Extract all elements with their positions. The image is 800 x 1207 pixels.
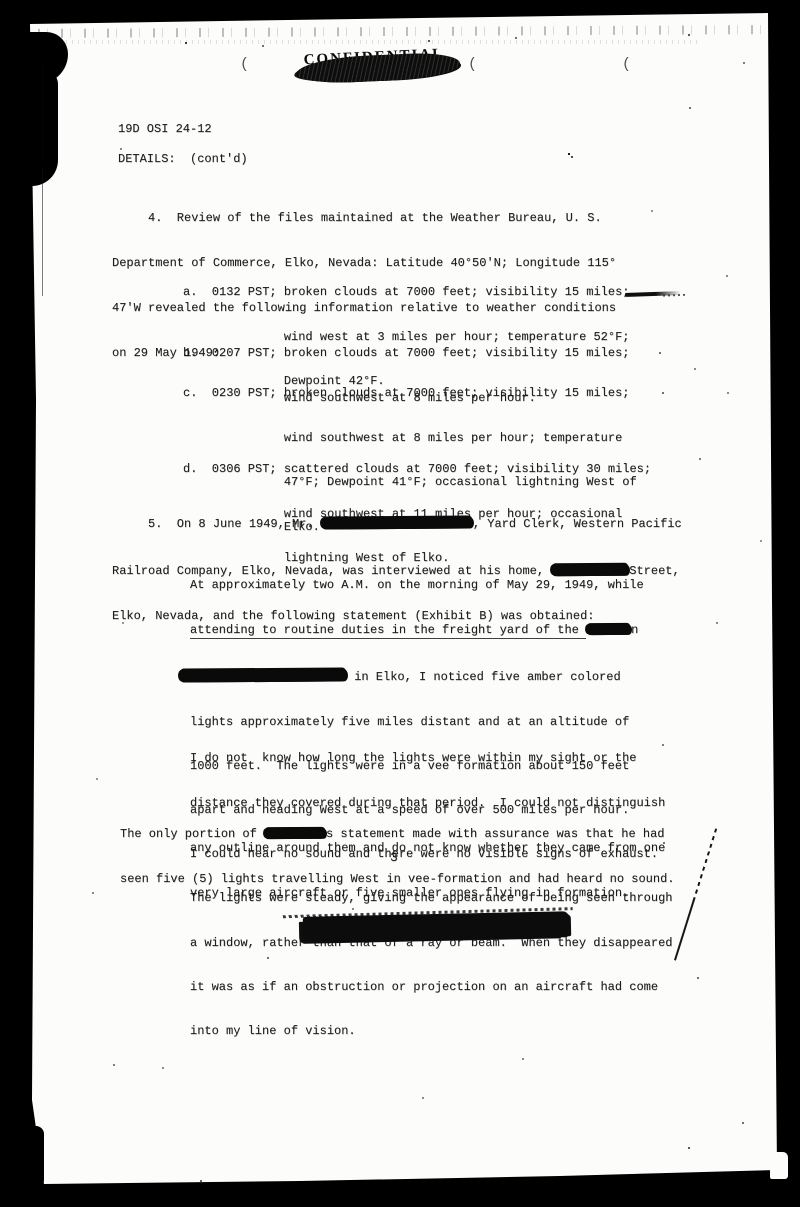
text-line: 5. On 8 June 1949, Mr. , Yard Clerk, Wes… xyxy=(112,514,682,533)
employer-redaction-line xyxy=(179,668,347,683)
scan-edge-artifact xyxy=(24,70,58,186)
scan-paren-mark: ( xyxy=(622,56,631,73)
text-line: into my line of vision. xyxy=(190,1023,672,1039)
text-line: a. 0132 PST; broken clouds at 7000 feet;… xyxy=(183,284,629,301)
text-segment: , Yard Clerk, Western Pacific xyxy=(473,517,682,531)
text-line: I do not know how long the lights were w… xyxy=(190,750,665,767)
scanned-document-page: CONFIDENTIAL ( ( ( 19D OSI 24-12 DETAILS… xyxy=(0,0,800,1207)
paper-edge-notch xyxy=(770,1152,788,1179)
text-line: it was as if an obstruction or projectio… xyxy=(190,979,672,995)
text-line: The only portion of s statement made wit… xyxy=(120,825,675,843)
paper-fold-line xyxy=(42,168,43,296)
text-segment: in Elko, I noticed five amber colored xyxy=(347,670,621,684)
scan-edge-artifact xyxy=(30,1126,44,1186)
classification-stamp: CONFIDENTIAL xyxy=(299,45,460,88)
scan-paren-mark: ( xyxy=(240,56,249,73)
scan-paren-mark: ( xyxy=(468,56,477,73)
text-line: 4. Review of the files maintained at the… xyxy=(112,210,616,227)
witness-name-redaction xyxy=(321,515,473,529)
paper-fold-line xyxy=(42,62,43,162)
text-line: in Elko, I noticed five amber colored xyxy=(190,666,672,685)
details-heading: DETAILS: (cont'd) xyxy=(118,152,248,166)
name-redaction xyxy=(264,827,326,839)
doc-id: 19D OSI 24-12 xyxy=(118,122,212,136)
text-segment: The only portion of xyxy=(120,827,264,841)
text-segment: 5. On 8 June 1949, Mr. xyxy=(112,517,321,531)
text-line: At approximately two A.M. on the morning… xyxy=(190,577,672,593)
underlined-text: attending to routine duties in the freig… xyxy=(190,623,586,639)
text-line: seen five (5) lights travelling West in … xyxy=(120,871,675,888)
scan-noise-band xyxy=(60,40,700,44)
text-segment: n xyxy=(631,623,638,637)
text-line: attending to routine duties in the freig… xyxy=(190,621,672,638)
scan-speckles xyxy=(0,0,2,2)
text-line: c. 0230 PST; broken clouds at 7000 feet;… xyxy=(183,385,637,402)
text-segment: s statement made with assurance was that… xyxy=(326,827,664,841)
redacted-stamp-bottom xyxy=(303,911,569,943)
text-line: d. 0306 PST; scattered clouds at 7000 fe… xyxy=(183,461,651,478)
employer-redaction xyxy=(586,623,631,635)
page-number: 3 xyxy=(390,850,398,865)
